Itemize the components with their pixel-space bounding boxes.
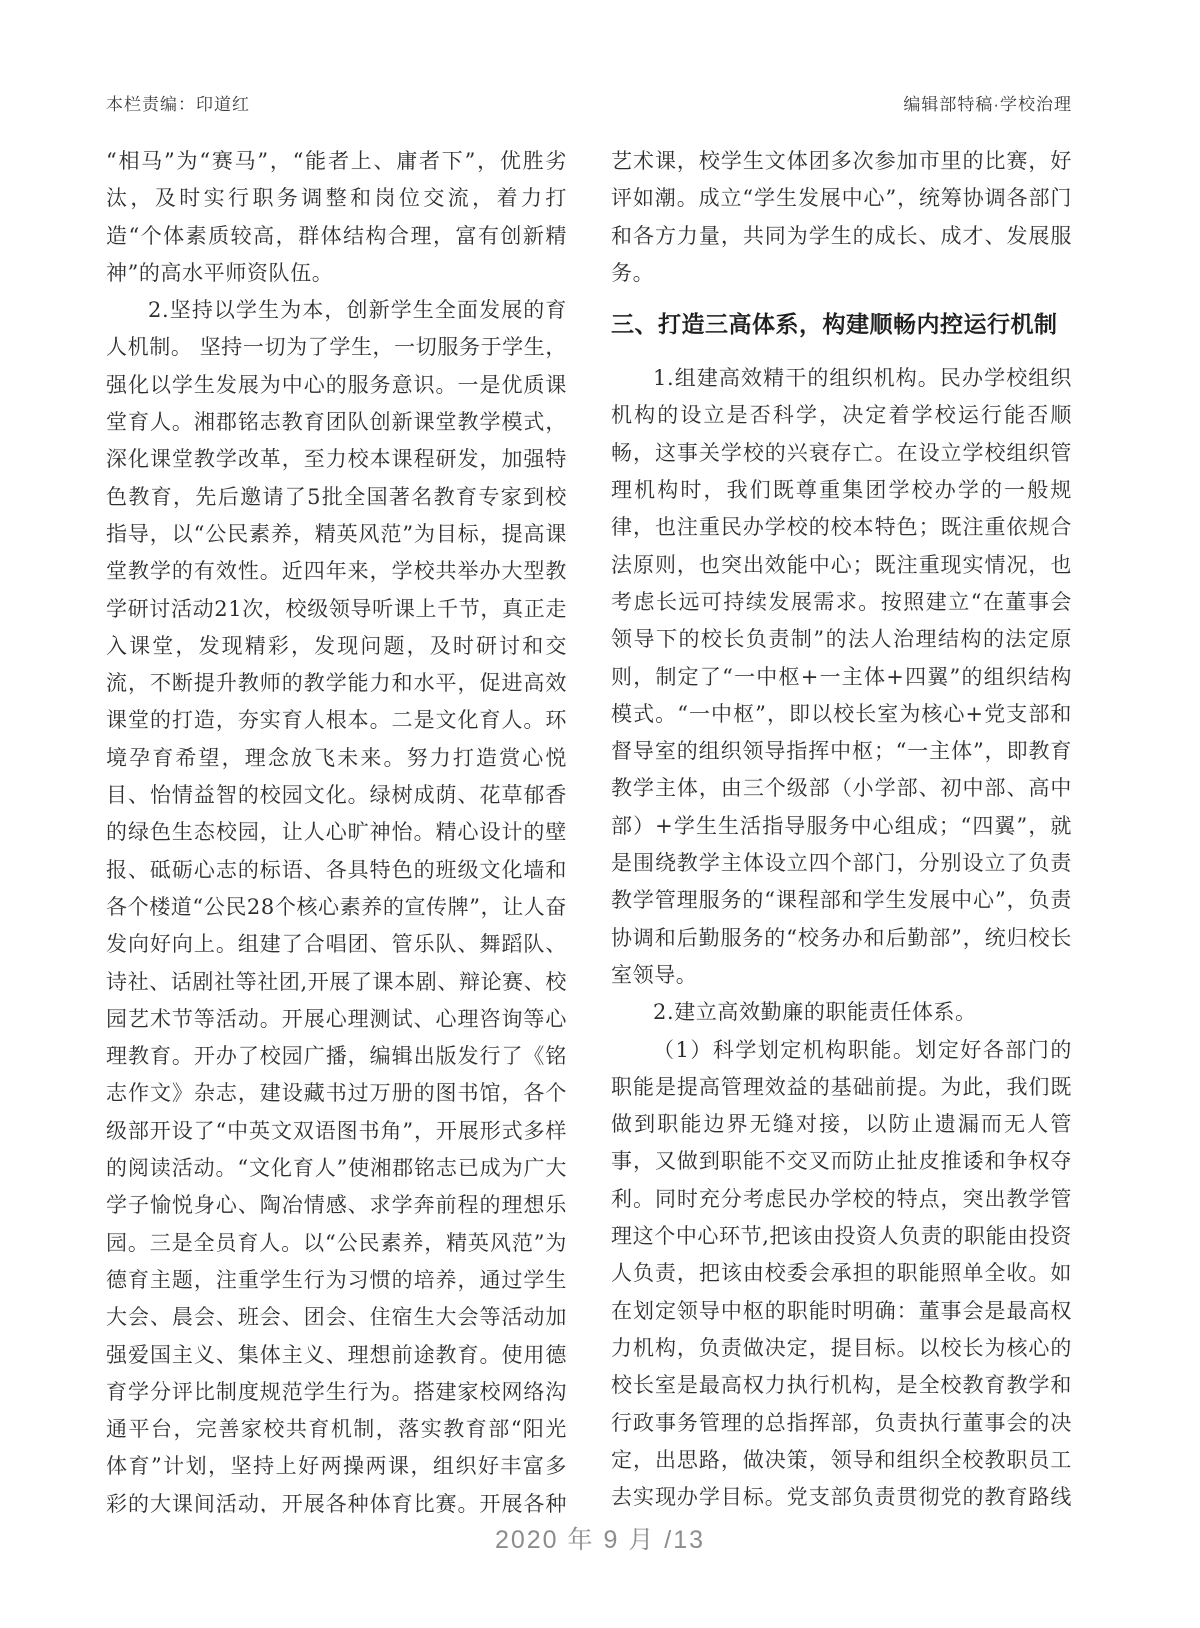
paragraph-point-2: 2.坚持以学生为本，创新学生全面发展的育人机制。 坚持一切为了学生，一切服务于学… <box>106 292 567 1513</box>
page-header: 本栏责编：印道红 编辑部特稿·学校治理 <box>106 90 1072 115</box>
paragraph-sub-1: （1）科学划定机构职能。划定好各部门的职能是提高管理效益的基础前提。为此，我们既… <box>611 1032 1072 1513</box>
paragraph-continuation: 艺术课，校学生文体团多次参加市里的比赛，好评如潮。成立“学生发展中心”，统筹协调… <box>611 143 1072 292</box>
section-heading-three: 三、打造三高体系，构建顺畅内控运行机制 <box>611 309 1072 339</box>
paragraph-point-1: 1.组建高效精干的组织机构。民办学校组织机构的设立是否科学，决定着学校运行能否顺… <box>611 360 1072 994</box>
page-footer: 2020 年 9 月 /13 <box>0 1520 1200 1556</box>
right-column: 艺术课，校学生文体团多次参加市里的比赛，好评如潮。成立“学生发展中心”，统筹协调… <box>611 143 1072 1513</box>
article-body: “相马”为“赛马”，“能者上、庸者下”，优胜劣汰，及时实行职务调整和岗位交流，着… <box>106 143 1072 1513</box>
header-column-editor: 本栏责编：印道红 <box>106 90 250 115</box>
paragraph-continuation: “相马”为“赛马”，“能者上、庸者下”，优胜劣汰，及时实行职务调整和岗位交流，着… <box>106 143 567 292</box>
left-column: “相马”为“赛马”，“能者上、庸者下”，优胜劣汰，及时实行职务调整和岗位交流，着… <box>106 143 567 1513</box>
paragraph-point-2-duty: 2.建立高效勤廉的职能责任体系。 <box>611 994 1072 1031</box>
header-section-title: 编辑部特稿·学校治理 <box>903 90 1072 115</box>
magazine-page: 本栏责编：印道红 编辑部特稿·学校治理 “相马”为“赛马”，“能者上、庸者下”，… <box>0 0 1200 1628</box>
